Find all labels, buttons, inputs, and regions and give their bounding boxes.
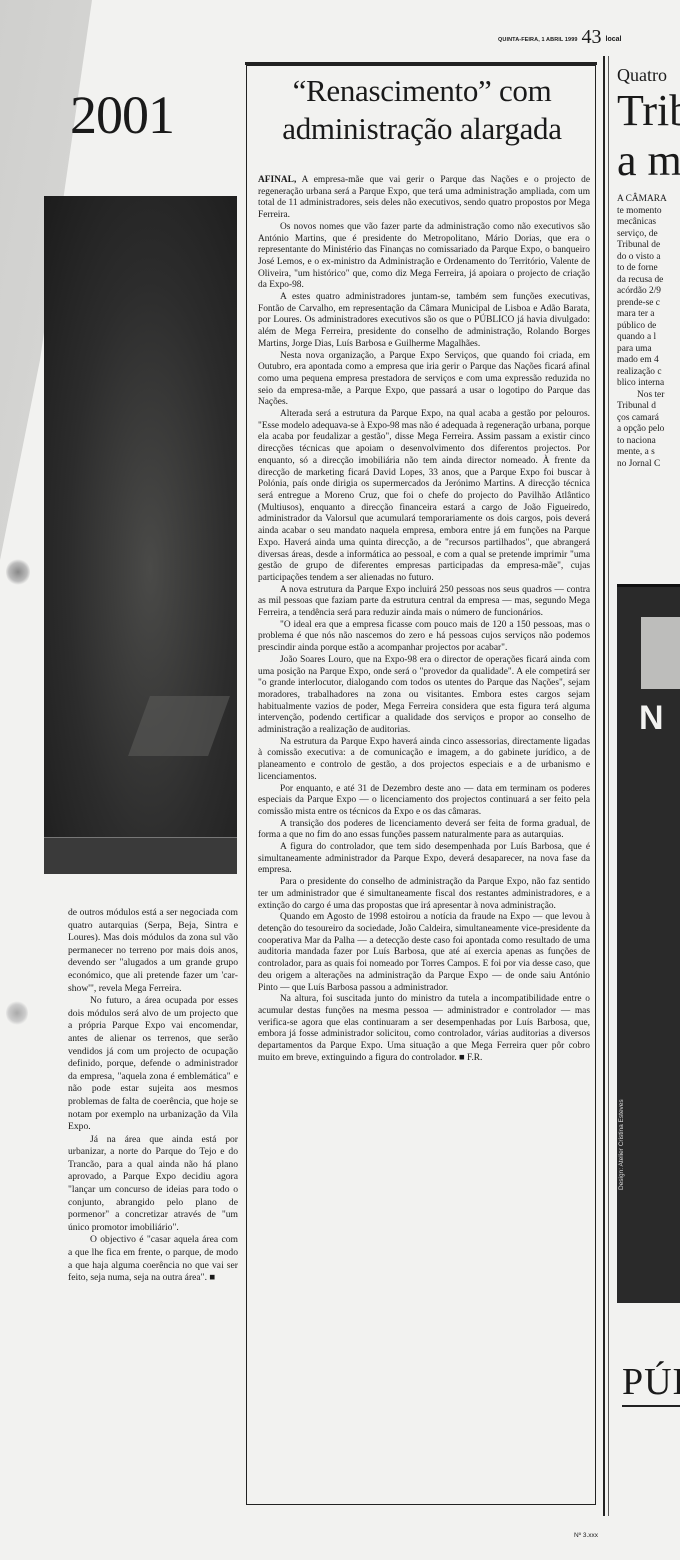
paragraph: João Soares Louro, que na Expo-98 era o … bbox=[258, 655, 590, 737]
text-line: para uma bbox=[617, 344, 680, 356]
column-rule bbox=[603, 56, 605, 1516]
text-line: ços camará bbox=[617, 413, 680, 425]
right-headline-line: a ma bbox=[617, 136, 680, 186]
binding-hole-mark bbox=[6, 558, 30, 586]
paragraph: O objectivo é "casar aquela área com a q… bbox=[68, 1234, 238, 1284]
right-story-text: A CÂMARAte momentomecânicasserviço, deTr… bbox=[617, 194, 680, 470]
text-line: público de bbox=[617, 321, 680, 333]
ad-credit: Design: Atelier Cristina Esteves bbox=[618, 1099, 625, 1190]
binding-hole-mark bbox=[6, 1000, 28, 1026]
section-name: local bbox=[606, 36, 622, 43]
text-line: quando a l bbox=[617, 332, 680, 344]
paragraph: Nesta nova organização, a Parque Expo Se… bbox=[258, 351, 590, 410]
column-rule bbox=[608, 56, 609, 1516]
right-kicker: Quatro bbox=[617, 64, 680, 86]
advertisement: N bbox=[617, 584, 680, 1303]
publico-logo: PÚB bbox=[622, 1362, 680, 1402]
paragraph: Na estrutura da Parque Expo haverá ainda… bbox=[258, 737, 590, 784]
text-line: prende-se c bbox=[617, 298, 680, 310]
main-headline: “Renascimento” com administração alargad… bbox=[252, 72, 592, 148]
paragraph: Por enquanto, e até 31 de Dezembro deste… bbox=[258, 784, 590, 819]
text-line: a opção pelo bbox=[617, 424, 680, 436]
text-line: mara ter a bbox=[617, 309, 680, 321]
paragraph: "O ideal era que a empresa ficasse com p… bbox=[258, 620, 590, 655]
text-line: da recusa de bbox=[617, 275, 680, 287]
text-line: Nos ter bbox=[617, 390, 680, 402]
text-line: te momento bbox=[617, 206, 680, 218]
text-line: to naciona bbox=[617, 436, 680, 448]
paragraph: A figura do controlador, que tem sido de… bbox=[258, 842, 590, 877]
footer-mark: Nº 3.xxx bbox=[574, 1532, 598, 1539]
paragraph: A estes quatro administradores juntam-se… bbox=[258, 292, 590, 351]
text-line: do o visto a bbox=[617, 252, 680, 264]
page-masthead: QUINTA-FEIRA, 1 ABRIL 1999 43 local bbox=[498, 26, 680, 46]
left-headline-fragment: 2001 bbox=[70, 85, 174, 145]
right-story-column: Quatro Trib a ma A CÂMARAte momentomecân… bbox=[617, 64, 680, 470]
text-line: mente, a s bbox=[617, 447, 680, 459]
text-line: mado em 4 bbox=[617, 355, 680, 367]
ad-image bbox=[641, 617, 680, 689]
paragraph: Alterada será a estrutura da Parque Expo… bbox=[258, 409, 590, 585]
right-headline-line: Trib bbox=[617, 86, 680, 136]
logo-underline bbox=[622, 1405, 680, 1407]
text-line: blico interna bbox=[617, 378, 680, 390]
text-line: A CÂMARA bbox=[617, 194, 680, 206]
text-line: Tribunal de bbox=[617, 240, 680, 252]
ad-letter: N bbox=[639, 699, 664, 738]
text-line: to de forne bbox=[617, 263, 680, 275]
issue-date: QUINTA-FEIRA, 1 ABRIL 1999 bbox=[498, 37, 578, 43]
text-line: mecânicas bbox=[617, 217, 680, 229]
text-line: serviço, de bbox=[617, 229, 680, 241]
text-line: acórdão 2/9 bbox=[617, 286, 680, 298]
paragraph: Os novos nomes que vão fazer parte da ad… bbox=[258, 222, 590, 292]
paragraph: Na altura, foi suscitada junto do minist… bbox=[258, 994, 590, 1064]
paragraph: A transição dos poderes de licenciamento… bbox=[258, 819, 590, 842]
left-story-column: de outros módulos está a ser negociada c… bbox=[68, 907, 238, 1285]
paragraph: A nova estrutura da Parque Expo incluirá… bbox=[258, 585, 590, 620]
lead-word: AFINAL, bbox=[258, 175, 296, 185]
article-photo bbox=[44, 196, 237, 874]
paragraph: de outros módulos está a ser negociada c… bbox=[68, 907, 238, 995]
text-line: no Jornal C bbox=[617, 459, 680, 471]
paragraph: Quando em Agosto de 1998 estoirou a notí… bbox=[258, 912, 590, 994]
main-story-body: AFINAL, A empresa-mãe que vai gerir o Pa… bbox=[258, 175, 590, 1064]
page-number: 43 bbox=[582, 28, 602, 46]
paragraph: Para o presidente do conselho de adminis… bbox=[258, 877, 590, 912]
paragraph: No futuro, a área ocupada por esses dois… bbox=[68, 995, 238, 1134]
paragraph: Já na área que ainda está por urbanizar,… bbox=[68, 1134, 238, 1235]
paragraph: A empresa-mãe que vai gerir o Parque das… bbox=[258, 175, 590, 220]
text-line: realização c bbox=[617, 367, 680, 379]
text-line: Tribunal d bbox=[617, 401, 680, 413]
